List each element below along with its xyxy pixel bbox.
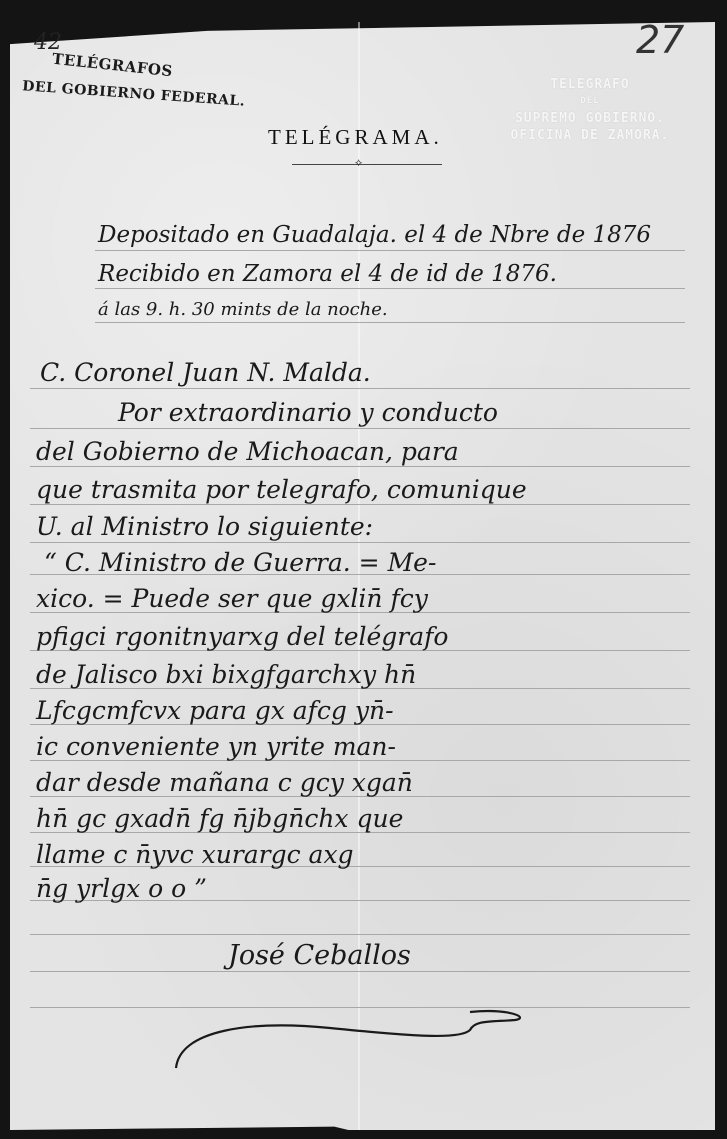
ruled-line [30,388,690,389]
message-line: que trasmita por telegrafo, comunique [36,475,527,504]
document-title: TELÉGRAMA. [268,125,443,150]
stamp-line-3: SUPREMO GOBIERNO. [480,110,700,127]
message-line: xico. = Puede ser que gxlin̄ fcy [36,584,428,613]
message-line: pfigci rgonitnyarxg del telégrafo [36,622,448,651]
ornament-icon: ⟡ [355,157,362,170]
message-line: Lfcgcmfcvx para gx afcg yn̄- [36,696,394,725]
ruled-line [30,466,690,467]
message-line: ic conveniente yn yrite man- [36,732,396,761]
embossed-office-stamp: TELÉGRAFO DEL SUPREMO GOBIERNO. OFICINA … [480,76,700,144]
ruled-line [95,288,685,289]
ruled-line [30,504,690,505]
message-line: dar desde mañana c gcy xgan̄ [36,768,413,797]
ruled-line [30,934,690,935]
signature: José Ceballos [228,940,411,971]
stamp-line-1: TELÉGRAFO [480,76,700,93]
time-line: á las 9. h. 30 mints de la noche. [98,299,388,320]
ruled-line [30,971,690,972]
message-line: hn̄ gc gxadn̄ fg n̄jbgn̄chx que [36,804,403,833]
message-line: U. al Ministro lo siguiente: [36,512,373,541]
title-divider [292,164,442,165]
received-line: Recibido en Zamora el 4 de id de 1876. [98,261,557,287]
ruled-line [30,428,690,429]
ruled-line [95,250,685,251]
message-line: Por extraordinario y conducto [118,398,498,427]
stamp-line-4: OFICINA DE ZAMORA. [480,127,700,144]
stamp-line-2: DEL [480,93,700,110]
deposited-line: Depositado en Guadalaja. el 4 de Nbre de… [98,222,651,248]
ruled-line [30,542,690,543]
message-line: del Gobierno de Michoacan, para [36,437,459,466]
signature-flourish-icon [170,990,550,1070]
folio-number-right: 27 [636,18,684,62]
message-line: llame c n̄yvc xurargc axg [36,840,354,869]
message-line: “ C. Ministro de Guerra. = Me- [44,548,436,577]
message-line: n̄g yrlgx o o ” [36,874,207,903]
message-line: de Jalisco bxi bixgfgarchxy hn̄ [36,660,416,689]
addressee: C. Coronel Juan N. Malda. [40,358,371,387]
ruled-line [95,322,685,323]
